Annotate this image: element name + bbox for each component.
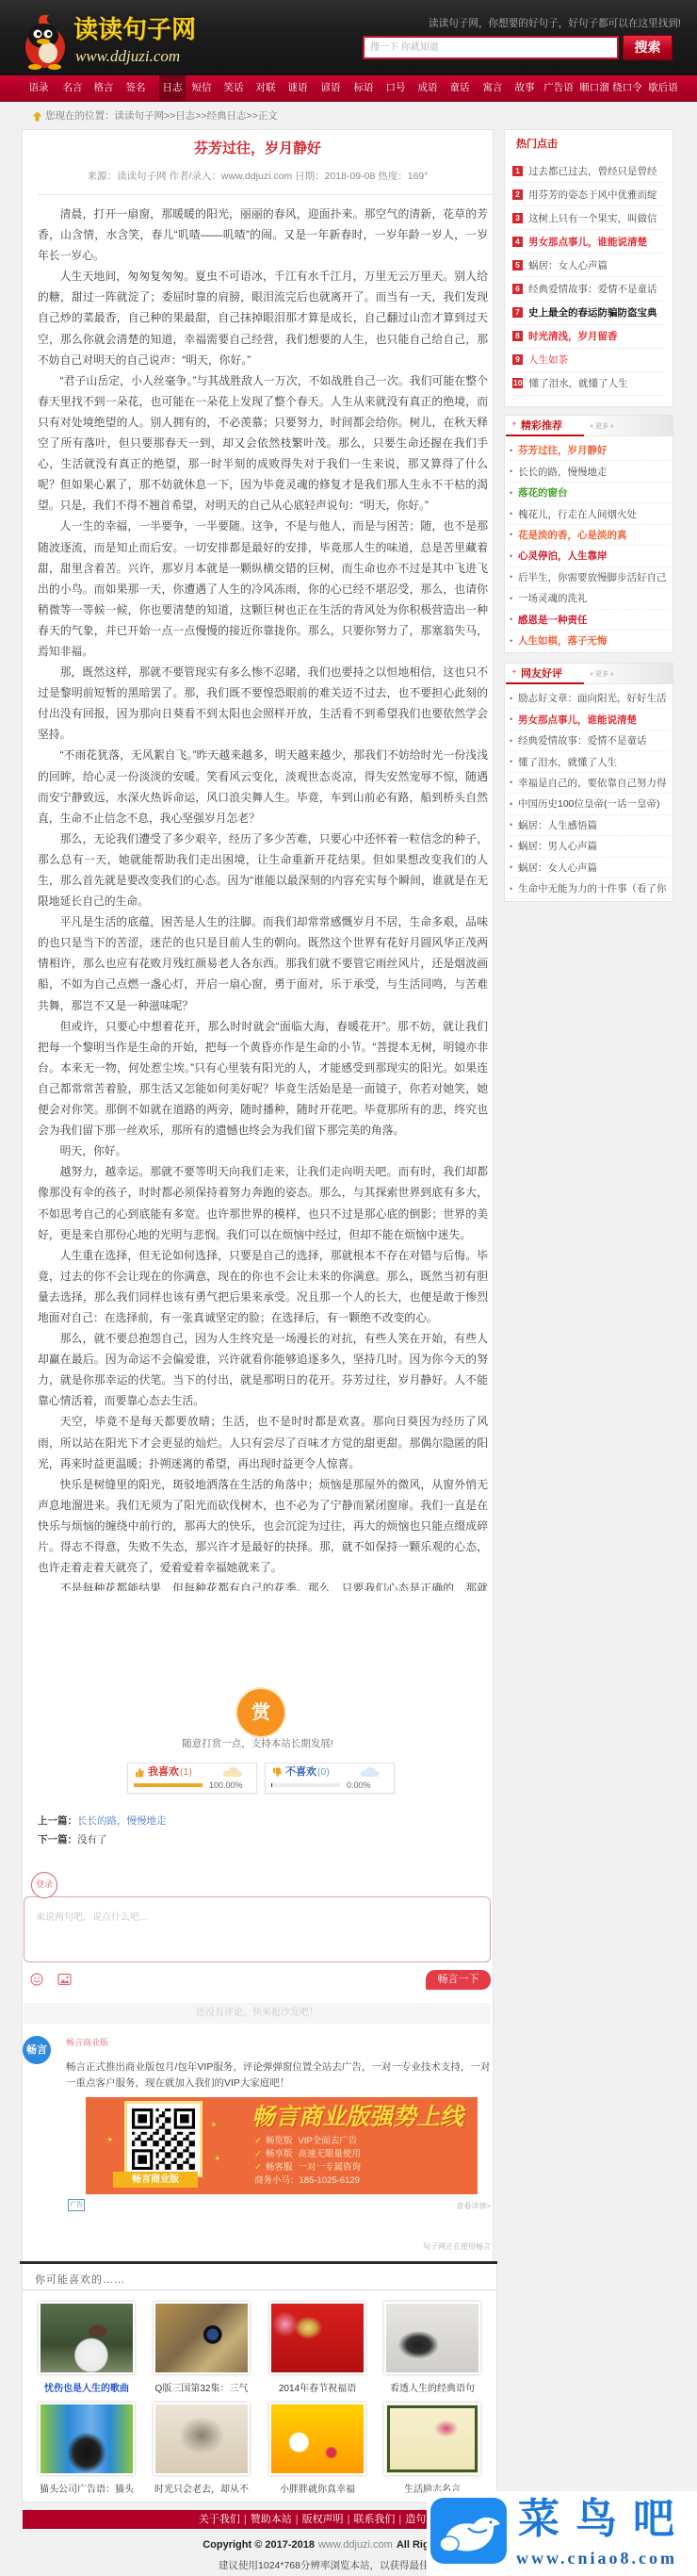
cloud-icon xyxy=(222,1766,243,1778)
dislike-progress-bar xyxy=(271,1783,340,1787)
thumbnail-image xyxy=(154,2302,250,2374)
next-article-text: 没有了 xyxy=(77,1834,107,1846)
related-caption: 猫头公司广告语：猫头 xyxy=(35,2484,138,2496)
footer-separator: | xyxy=(244,2514,247,2525)
review-item-link[interactable]: 幸福是自己的，要依靠自己努力得 xyxy=(518,776,667,790)
banner-feature: ✓畅享版高速无限量使用 xyxy=(254,2148,361,2160)
watermark: 菜鸟吧 www.cniao8.com xyxy=(427,2491,697,2576)
related-caption: Q版三国第32集：三气 xyxy=(150,2383,253,2395)
meta-date-label: 日期： xyxy=(295,171,325,182)
related-card[interactable]: 2014年春节祝福语 xyxy=(269,2302,365,2396)
nav-item-biaoyu[interactable]: 标语 xyxy=(350,75,377,101)
article-meta: 来源：读读句子网 作者/录入：www.ddjuzi.com 日期：2018-09… xyxy=(23,168,493,185)
feature-name: 畅客服 xyxy=(266,2162,293,2173)
sparkle-icon: ✦ xyxy=(106,2135,114,2145)
next-article: 下一篇：没有了 xyxy=(38,1832,107,1847)
nav-item-tonghua[interactable]: 童话 xyxy=(446,75,473,101)
bullet-icon: • xyxy=(510,446,518,455)
bullet-icon: • xyxy=(510,615,518,624)
next-label: 下一篇： xyxy=(38,1834,77,1846)
footer-link-about[interactable]: 关于我们 xyxy=(199,2514,240,2525)
list-item: •生命中无能为力的十件事（看了你 xyxy=(510,878,670,899)
featured-item-link[interactable]: 心灵停泊，人生靠岸 xyxy=(518,549,608,563)
list-item: •感恩是一种责任 xyxy=(510,610,670,631)
article-title: 芬芳过往，岁月静好 xyxy=(23,139,493,159)
hot-item-link[interactable]: 时光清浅，岁月留香 xyxy=(528,329,618,343)
review-item-link[interactable]: 蜗居：男人心声篇 xyxy=(518,839,597,853)
featured-header: + 精彩推荐 « 更多 » xyxy=(505,416,673,436)
nav-item-duilian[interactable]: 对联 xyxy=(252,75,279,101)
featured-item-link[interactable]: 长长的路，慢慢地走 xyxy=(518,465,608,479)
footer-link-sponsor[interactable]: 赞助本站 xyxy=(251,2514,292,2525)
related-caption: 小胖胖就你真幸福 xyxy=(266,2484,369,2496)
dislike-percent: 0.00% xyxy=(347,1780,371,1790)
featured-item-link[interactable]: 感恩是一种责任 xyxy=(518,613,588,627)
related-caption: 忧伤也是人生的歌曲 xyxy=(35,2383,138,2395)
dislike-count: (0) xyxy=(317,1766,330,1779)
meta-divider xyxy=(38,194,493,195)
breadcrumb-classic-rizhi[interactable]: 经典日志 xyxy=(207,107,247,124)
header-underline xyxy=(506,682,584,684)
like-vote-button[interactable]: 我喜欢 (1) 100.00% xyxy=(127,1763,257,1794)
bullet-icon: • xyxy=(510,862,518,872)
list-item: •槐花儿，行走在人间烟火处 xyxy=(510,503,670,524)
hot-item-link[interactable]: 史上最全的春运防骗防盗宝典 xyxy=(528,305,657,320)
featured-more-link[interactable]: « 更多 » xyxy=(590,422,614,431)
logo-title[interactable]: 读读句子网 xyxy=(73,14,196,44)
nav-item-shunkouliu[interactable]: 顺口溜 xyxy=(577,75,611,101)
featured-item-link[interactable]: 芬芳过往，岁月静好 xyxy=(518,443,608,457)
article-paragraph: “不雨花犹落，无风絮自飞。”昨天越来越多，明天越来越少，那我们不妨给时光一份浅浅… xyxy=(38,745,488,828)
featured-item-link[interactable]: 一场灵魂的洗礼 xyxy=(518,591,588,605)
thumb-down-icon xyxy=(272,1767,282,1778)
review-item-link[interactable]: 懂了泪水，就懂了人生 xyxy=(518,755,617,769)
bullet-icon: • xyxy=(510,467,518,476)
bullet-icon: • xyxy=(510,694,518,703)
site-header: 读读句子网 www.ddjuzi.com 读读句子网，你想要的好句子，好句子都可… xyxy=(0,0,697,75)
header-underline xyxy=(506,435,584,436)
bullet-icon: • xyxy=(510,884,518,894)
list-item: 10懂了泪水，就懂了人生 xyxy=(512,372,665,396)
submit-comment-button[interactable]: 畅言一下 xyxy=(426,1970,491,1990)
feature-desc: 一对一专属咨询 xyxy=(298,2162,361,2173)
hot-item-link[interactable]: 经典爱情故事：爱情不是童话 xyxy=(528,282,657,296)
review-item-link[interactable]: 蜗居：人生感悟篇 xyxy=(518,818,597,832)
like-progress-fill xyxy=(134,1783,203,1787)
meta-heat: 169° xyxy=(408,171,429,182)
bullet-icon: • xyxy=(510,594,518,603)
rank-badge: 6 xyxy=(512,284,523,294)
related-card[interactable]: 忧伤也是人生的歌曲 xyxy=(39,2302,135,2396)
hot-clicks-list: 1过去都已过去，曾经只是曾经 2用芬芳的姿态于风中优雅而绽 3这树上只有一个果实… xyxy=(512,159,665,396)
nav-item-gushi[interactable]: 故事 xyxy=(511,75,538,101)
hot-clicks-title: 热门点击 xyxy=(516,138,558,151)
no-comments-notice: 还没有评论，快来抢沙发吧！ xyxy=(24,2003,491,2024)
related-card[interactable]: 时光只会老去，却从不 xyxy=(154,2403,250,2497)
article-paragraph: 明天，你好。 xyxy=(38,1140,488,1161)
footer-separator: | xyxy=(296,2514,299,2525)
breadcrumb-current: 正文 xyxy=(258,107,278,124)
review-item-link[interactable]: 男女那点事儿，谁能说清楚 xyxy=(518,713,637,727)
list-item: •人生如棋，落子无悔 xyxy=(510,631,670,651)
image-icon xyxy=(57,1973,72,1986)
nav-item-rizhi[interactable]: 日志 xyxy=(159,75,186,101)
bullet-icon: • xyxy=(510,757,518,766)
list-item: •长长的路，慢慢地走 xyxy=(510,461,670,482)
article-paragraph: 清晨，打开一扇窗，那暖暖的阳光，丽丽的春风，迎面扑来。那空气的清新，花草的芳香，… xyxy=(38,204,488,266)
like-label: 我喜欢 xyxy=(148,1766,179,1779)
plus-icon: + xyxy=(511,667,517,679)
list-item: 9人生如茶 xyxy=(512,349,665,372)
breadcrumb-home[interactable]: 读读句子网 xyxy=(115,107,165,124)
like-count: (1) xyxy=(180,1766,192,1779)
home-arrow-icon xyxy=(32,111,42,122)
nav-item-yanyu[interactable]: 谚语 xyxy=(317,75,344,101)
bullet-icon: • xyxy=(510,551,518,561)
list-item: •经典爱情故事：爱情不是童话 xyxy=(510,730,670,751)
nav-item-qianming[interactable]: 签名 xyxy=(122,75,149,101)
watermark-url: www.cniao8.com xyxy=(516,2549,677,2568)
sparkle-icon: ✦ xyxy=(214,2154,221,2164)
review-item-link[interactable]: 生命中无能为力的十件事（看了你 xyxy=(518,881,667,895)
nav-item-chengyu[interactable]: 成语 xyxy=(414,75,441,101)
emoji-button[interactable] xyxy=(30,1973,43,1989)
nav-item-miyu[interactable]: 谜语 xyxy=(284,75,311,101)
footer-separator: | xyxy=(348,2514,350,2525)
dislike-progress-fill xyxy=(271,1783,272,1787)
article-paragraph: 人生天地间，匆匆复匆匆。夏虫不可语冰，千江有水千江月，万里无云万里天。别人给的糖… xyxy=(38,266,488,369)
rank-badge: 4 xyxy=(512,237,523,247)
list-item: •励志好文章：面向阳光，好好生活 xyxy=(510,688,670,709)
featured-item-link[interactable]: 落花的窗台 xyxy=(518,485,568,500)
footer-link-contact[interactable]: 联系我们 xyxy=(353,2514,395,2525)
reviews-title: 网友好评 xyxy=(521,667,562,681)
related-card[interactable]: 小胖胖就你真幸福 xyxy=(269,2403,365,2497)
ad-details-link[interactable]: 查看详情> xyxy=(456,2201,491,2211)
article-paragraph: “君子山岳定，小人丝毫争。”与其战胜敌人一万次，不如战胜自己一次。我们可能在整个… xyxy=(38,370,488,517)
copyright-site-link[interactable]: www.ddjuzi.com xyxy=(318,2539,393,2551)
bullet-icon: • xyxy=(510,488,518,498)
qr-code-image xyxy=(127,2104,200,2174)
meta-author-label: 作者/录入： xyxy=(169,171,220,182)
list-item: •中国历史100位皇帝(一话一皇帝) xyxy=(510,794,670,814)
rank-badge: 10 xyxy=(512,378,523,388)
check-icon: ✓ xyxy=(254,2149,262,2159)
bullet-icon: • xyxy=(510,736,518,746)
list-item: 5蜗居：女人心声篇 xyxy=(512,254,665,277)
banner-contact: 商务小马：185-1025-6129 xyxy=(254,2174,360,2187)
changyan-ad-banner[interactable]: 畅言商业版 ✦ ✦ ✦ 畅言商业版强势上线 ✓畅览版VIP全面去广告 ✓畅享版高… xyxy=(86,2097,478,2194)
check-icon: ✓ xyxy=(254,2136,262,2146)
logo-url: www.ddjuzi.com xyxy=(75,47,180,66)
article-paragraph: 天空，毕竟不是每天都要放晴；生活，也不是时时都是欢喜。那向日葵因为经历了风雨，所… xyxy=(38,1411,488,1473)
article-paragraph: 平凡是生活的底蕴，困苦是人生的注脚。而我们却常常感慨岁月不居，生命多艰，品味的也… xyxy=(38,911,488,1015)
review-item-link[interactable]: 蜗居：女人心声篇 xyxy=(518,861,597,875)
banner-feature: ✓畅览版VIP全面去广告 xyxy=(254,2135,357,2147)
list-item: 6经典爱情故事：爱情不是童话 xyxy=(512,277,665,301)
related-card[interactable]: Q版三国第32集：三气 xyxy=(154,2302,250,2396)
ad-badge: 广告 xyxy=(68,2199,85,2211)
reviews-more-link[interactable]: « 更多 » xyxy=(590,670,614,679)
rank-badge: 5 xyxy=(512,260,523,271)
breadcrumb-rizhi[interactable]: 日志 xyxy=(175,107,195,124)
featured-item-link[interactable]: 后半生，你需要放慢脚步活好自己 xyxy=(518,570,667,584)
breadcrumb-separator: >> xyxy=(195,107,206,124)
review-item-link[interactable]: 中国历史100位皇帝(一话一皇帝) xyxy=(518,796,660,811)
thumb-up-icon xyxy=(135,1767,144,1778)
changyan-avatar: 畅言 xyxy=(23,2036,51,2064)
search-button[interactable]: 搜索 xyxy=(623,35,673,60)
related-caption: 看透人生的经典语句 xyxy=(381,2383,484,2395)
nav-item-mingyan[interactable]: 名言 xyxy=(59,75,86,101)
copyright-prefix: Copyright © 2017-2018 xyxy=(203,2539,315,2551)
bullet-icon: • xyxy=(510,842,518,851)
related-card[interactable]: 看透人生的经典语句 xyxy=(384,2302,480,2396)
reward-button[interactable]: 赏 xyxy=(237,1689,284,1736)
search-input[interactable] xyxy=(363,36,619,59)
breadcrumb-separator: >> xyxy=(247,107,258,124)
nav-item-kouhao[interactable]: 口号 xyxy=(382,75,409,101)
related-caption: 2014年春节祝福语 xyxy=(266,2383,369,2395)
thumbnail-image xyxy=(269,2403,365,2475)
meta-heat-label: 热度： xyxy=(378,171,408,182)
watermark-brand: 菜鸟吧 xyxy=(518,2497,690,2542)
featured-list: •芬芳过往，岁月静好 •长长的路，慢慢地走 •落花的窗台 •槐花儿，行走在人间烟… xyxy=(510,440,670,651)
related-caption: 时光只会老去，却从不 xyxy=(150,2484,253,2496)
review-item-link[interactable]: 经典爱情故事：爱情不是童话 xyxy=(518,733,647,747)
sidebar-user-reviews: + 网友好评 « 更多 » •励志好文章：面向阳光，好好生活 •男女那点事儿，谁… xyxy=(504,663,673,902)
list-item: •蜗居：男人心声篇 xyxy=(510,836,670,857)
cloud-icon xyxy=(360,1766,381,1778)
nav-item-guanggaoyu[interactable]: 广告语 xyxy=(542,75,575,101)
smiley-icon xyxy=(30,1973,43,1986)
rank-badge: 2 xyxy=(512,189,523,200)
article-paragraph: 但或许，只要心中想着花开，那么时时就会“面临大海，春暖花开”。那不妨，就让我们把… xyxy=(38,1016,488,1141)
list-item: •蜗居：女人心声篇 xyxy=(510,858,670,878)
nav-item-duanxin[interactable]: 短信 xyxy=(188,75,215,101)
sidebar-hot-clicks: 热门点击 1过去都已过去，曾经只是曾经 2用芬芳的姿态于风中优雅而绽 3这树上只… xyxy=(504,129,673,407)
rank-badge: 3 xyxy=(512,213,523,223)
article-paragraph: 不是每种花都能结果，但每种花都有自己的花季。那么，只要我们心态是正确的，那就不如… xyxy=(38,1578,488,1591)
hot-item-link[interactable]: 人生如茶 xyxy=(528,353,568,367)
login-button[interactable]: 登录 xyxy=(31,1872,57,1898)
hot-item-link[interactable]: 过去都已过去，曾经只是曾经 xyxy=(528,164,657,178)
list-item: 2用芬芳的姿态于风中优雅而绽 xyxy=(512,183,665,206)
review-item-link[interactable]: 励志好文章：面向阳光，好好生活 xyxy=(518,691,667,705)
qr-label: 畅言商业版 xyxy=(113,2172,198,2188)
list-item: 1过去都已过去，曾经只是曾经 xyxy=(512,159,665,183)
thumbnail-image xyxy=(269,2302,365,2374)
nav-item-xiaohua[interactable]: 笑话 xyxy=(220,75,247,101)
list-item: •一场灵魂的洗礼 xyxy=(510,588,670,609)
related-title: 你可能喜欢的…… xyxy=(35,2273,125,2287)
reviews-header: + 网友好评 « 更多 » xyxy=(505,664,673,684)
bird-logo-icon xyxy=(430,2498,507,2564)
list-item: •男女那点事儿，谁能说清楚 xyxy=(510,709,670,730)
related-card[interactable]: 猫头公司广告语：猫头 xyxy=(39,2403,135,2497)
changyan-ad-name[interactable]: 畅言商业版 xyxy=(66,2037,108,2048)
meta-date: 2018-09-08 xyxy=(325,171,376,182)
related-divider xyxy=(23,2289,496,2290)
bullet-icon: • xyxy=(510,572,518,582)
footer-separator: | xyxy=(398,2514,401,2525)
list-item: •芬芳过往，岁月静好 xyxy=(510,440,670,461)
like-progress-bar xyxy=(134,1783,203,1787)
bullet-icon: • xyxy=(510,799,518,809)
prev-article-link[interactable]: 长长的路，慢慢地走 xyxy=(77,1815,167,1827)
article-body: 清晨，打开一扇窗，那暖暖的阳光，丽丽的春风，迎面扑来。那空气的清新，花草的芳香，… xyxy=(38,204,488,1591)
nav-item-yulu[interactable]: 语录 xyxy=(25,75,52,101)
nav-item-xiehouyu[interactable]: 歇后语 xyxy=(646,75,680,101)
featured-item-link[interactable]: 槐花儿，行走在人间烟火处 xyxy=(518,507,637,521)
prev-article: 上一篇：长长的路，慢慢地走 xyxy=(38,1813,167,1829)
featured-item-link[interactable]: 人生如棋，落子无悔 xyxy=(518,633,608,648)
list-item: •蜗居：人生感悟篇 xyxy=(510,815,670,836)
thumbnail-image xyxy=(39,2403,135,2475)
article-paragraph: 人生重在选择，但无论如何选择，只要是自己的选择，那就根本不存在对错与后悔。毕竟，… xyxy=(38,1245,488,1328)
hot-item-link[interactable]: 蜗居：女人心声篇 xyxy=(528,258,608,272)
bullet-icon: • xyxy=(510,714,518,724)
check-icon: ✓ xyxy=(254,2162,262,2173)
dislike-label: 不喜欢 xyxy=(285,1766,316,1779)
header-tagline: 读读句子网，你想要的好句子，好句子都可以在这里找到! xyxy=(429,18,681,30)
changyan-ad-text: 畅言正式推出商业版包月/包年VIP服务，评论弹弹窗位置全站去广告，一对一专业技术… xyxy=(66,2059,492,2092)
prev-label: 上一篇： xyxy=(38,1815,77,1827)
dislike-vote-button[interactable]: 不喜欢 (0) 0.00% xyxy=(265,1763,395,1794)
banner-headline: 畅言商业版强势上线 xyxy=(251,2105,463,2130)
list-item: 7史上最全的春运防骗防盗宝典 xyxy=(512,302,665,325)
list-item: •落花的窗台 xyxy=(510,483,670,503)
rank-badge: 9 xyxy=(512,354,523,365)
meta-author: www.ddjuzi.com xyxy=(221,171,292,182)
bullet-icon: • xyxy=(510,778,518,787)
article-panel: 芬芳过往，岁月静好 来源：读读句子网 作者/录入：www.ddjuzi.com … xyxy=(22,129,494,2262)
article-paragraph: 那，既然这样，那就不要管现实有多么惨不忍睹，我们也要持之以恒地相信，这也只不过是… xyxy=(38,662,488,745)
bullet-icon: • xyxy=(510,636,518,646)
powered-by-changyan[interactable]: 句子网正在使用畅言 xyxy=(423,2241,491,2252)
list-item: •心灵停泊，人生靠岸 xyxy=(510,546,670,566)
list-item: •幸福是自己的，要依靠自己努力得 xyxy=(510,773,670,794)
feature-name: 畅享版 xyxy=(266,2149,293,2159)
list-item: •花是淡的香，心是淡的真 xyxy=(510,525,670,546)
main-nav: 语录 名言 格言 签名 日志 短信 笑话 对联 谜语 谚语 标语 口号 成语 童… xyxy=(0,75,697,102)
featured-item-link[interactable]: 花是淡的香，心是淡的真 xyxy=(518,528,627,542)
image-upload-button[interactable] xyxy=(57,1973,72,1989)
nav-item-yuyan[interactable]: 寓言 xyxy=(479,75,506,101)
thumbnail-image xyxy=(154,2403,250,2475)
breadcrumb: 您现在的位置： 读读句子网 >> 日志 >> 经典日志 >> 正文 xyxy=(32,107,278,124)
related-articles: 你可能喜欢的…… 忧伤也是人生的歌曲 Q版三国第32集：三气 2014年春节祝福… xyxy=(22,2264,497,2502)
feature-name: 畅览版 xyxy=(266,2136,293,2146)
article-paragraph: 快乐是树缝里的阳光，斑驳地洒落在生活的角落中；烦恼是那屋外的微风，从窗外悄无声息… xyxy=(38,1474,488,1578)
thumbnail-image xyxy=(384,2302,480,2374)
feature-desc: 高速无限量使用 xyxy=(298,2149,361,2159)
featured-title: 精彩推荐 xyxy=(521,419,562,433)
sidebar-featured: + 精彩推荐 « 更多 » •芬芳过往，岁月静好 •长长的路，慢慢地走 •落花的… xyxy=(504,415,673,653)
plus-icon: + xyxy=(511,419,517,431)
thumbnail-image xyxy=(384,2403,480,2475)
hot-item-link[interactable]: 懂了泪水，就懂了人生 xyxy=(528,376,627,390)
related-card[interactable]: 生活励志名言 xyxy=(384,2403,480,2497)
comment-input[interactable] xyxy=(24,1896,491,1962)
bullet-icon: • xyxy=(510,820,518,829)
list-item: •后半生，你需要放慢脚步活好自己 xyxy=(510,567,670,588)
article-paragraph: 越努力，越幸运。那就不要等明天向我们走来，让我们走向明天吧。而有时，我们却都像那… xyxy=(38,1161,488,1244)
hot-item-link[interactable]: 男女那点事儿，谁能说清楚 xyxy=(528,235,647,249)
like-percent: 100.00% xyxy=(209,1780,243,1790)
meta-source: 读读句子网 xyxy=(117,171,167,182)
article-paragraph: 那么，无论我们遭受了多少艰辛，经历了多少苦难，只要心中还怀着一粒信念的种子，那么… xyxy=(38,829,488,911)
logo-mascot-icon[interactable] xyxy=(19,12,72,71)
reviews-list: •励志好文章：面向阳光，好好生活 •男女那点事儿，谁能说清楚 •经典爱情故事：爱… xyxy=(510,688,670,899)
reward-text: 随意打赏一点，支持本站长期发展! xyxy=(23,1737,493,1750)
list-item: 4男女那点事儿，谁能说清楚 xyxy=(512,230,665,254)
breadcrumb-prefix: 您现在的位置： xyxy=(45,107,115,124)
article-paragraph: 那么，就不要总抱怨自己，因为人生终究是一场漫长的对抗，有些人笑在开始，有些人却赢… xyxy=(38,1328,488,1411)
list-item: 3这树上只有一个果实，叫做信 xyxy=(512,206,665,230)
banner-feature: ✓畅客服一对一专属咨询 xyxy=(254,2161,361,2174)
footer-link-copyright[interactable]: 版权声明 xyxy=(302,2514,344,2525)
hot-item-link[interactable]: 这树上只有一个果实，叫做信 xyxy=(528,211,657,225)
feature-desc: VIP全面去广告 xyxy=(298,2136,357,2146)
bullet-icon: • xyxy=(510,530,518,539)
meta-source-label: 来源： xyxy=(88,171,118,182)
nav-item-geyan[interactable]: 格言 xyxy=(90,75,117,101)
rank-badge: 7 xyxy=(512,307,523,318)
list-item: 8时光清浅，岁月留香 xyxy=(512,325,665,349)
sparkle-icon: ✦ xyxy=(210,2120,218,2130)
article-paragraph: 人一生的幸福，一半要争，一半要随。这争，不是与他人，而是与困苦；随，也不是那随波… xyxy=(38,516,488,662)
bullet-icon: • xyxy=(510,509,518,518)
rank-badge: 8 xyxy=(512,331,523,341)
breadcrumb-separator: >> xyxy=(164,107,175,124)
list-item: •懂了泪水，就懂了人生 xyxy=(510,751,670,772)
rank-badge: 1 xyxy=(512,166,523,176)
nav-item-raokouling[interactable]: 绕口令 xyxy=(610,75,644,101)
thumbnail-image xyxy=(39,2302,135,2374)
hot-item-link[interactable]: 用芬芳的姿态于风中优雅而绽 xyxy=(528,188,657,202)
